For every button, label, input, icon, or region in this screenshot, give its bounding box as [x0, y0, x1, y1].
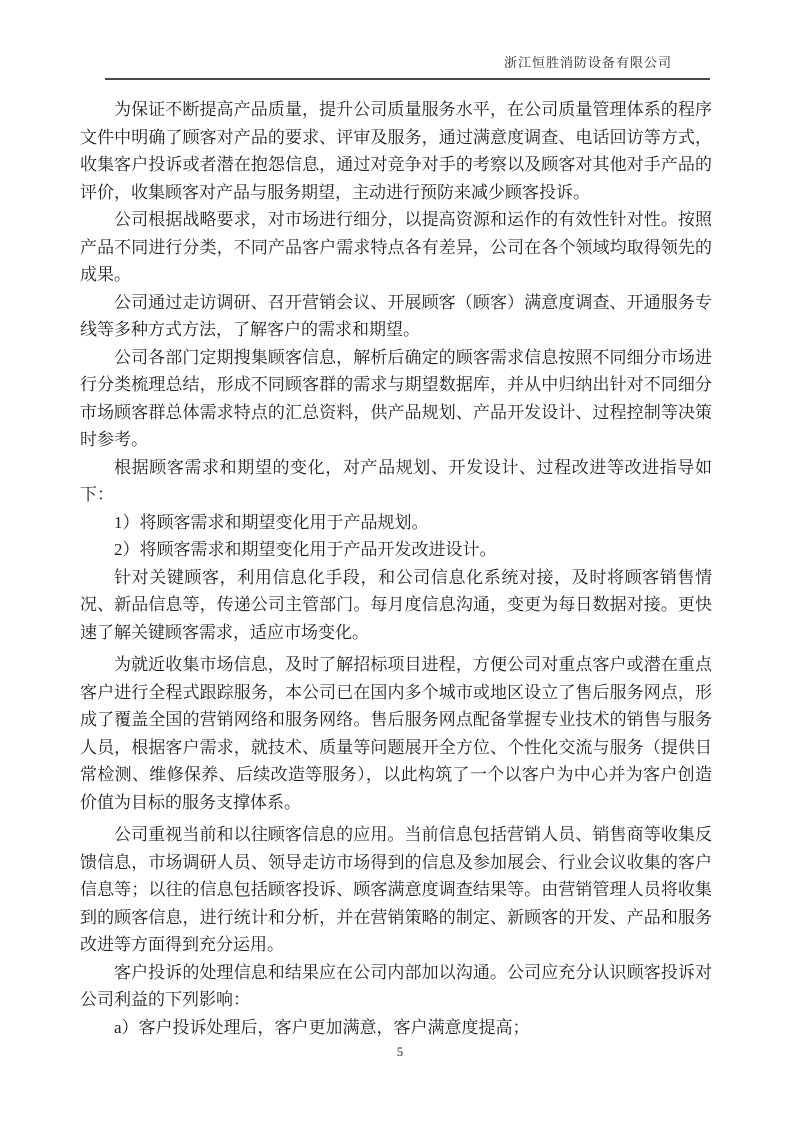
paragraph: 公司重视当前和以往顾客信息的应用。当前信息包括营销人员、销售商等收集反馈信息，市… — [80, 821, 712, 959]
paragraph: 公司通过走访调研、召开营销会议、开展顾客（顾客）满意度调查、开通服务专线等多种方… — [80, 289, 712, 344]
list-item: 1）将顾客需求和期望变化用于产品规划。 — [80, 509, 712, 537]
paragraph: 公司各部门定期搜集顾客信息，解析后确定的顾客需求信息按照不同细分市场进行分类梳理… — [80, 344, 712, 454]
document-page: 浙江恒胜消防设备有限公司 为保证不断提高产品质量，提升公司质量服务水平，在公司质… — [0, 0, 800, 1131]
paragraph: 客户投诉的处理信息和结果应在公司内部加以沟通。公司应充分认识顾客投诉对公司利益的… — [80, 959, 712, 1014]
paragraph: 为就近收集市场信息，及时了解招标项目进程，方便公司对重点客户或潜在重点客户进行全… — [80, 651, 712, 816]
paragraph: 公司根据战略要求，对市场进行细分，以提高资源和运作的有效性针对性。按照产品不同进… — [80, 206, 712, 289]
paragraph: 针对关键顾客，利用信息化手段，和公司信息化系统对接，及时将顾客销售情况、新品信息… — [80, 564, 712, 647]
paragraph: 为保证不断提高产品质量，提升公司质量服务水平，在公司质量管理体系的程序文件中明确… — [80, 96, 712, 206]
list-item: 2）将顾客需求和期望变化用于产品开发改进设计。 — [80, 536, 712, 564]
list-item: a）客户投诉处理后，客户更加满意，客户满意度提高； — [80, 1014, 712, 1042]
page-header: 浙江恒胜消防设备有限公司 — [105, 52, 710, 80]
paragraph: 根据顾客需求和期望的变化，对产品规划、开发设计、过程改进等改进指导如下： — [80, 454, 712, 509]
page-number: 5 — [397, 1044, 404, 1059]
page-footer: 5 — [0, 1044, 800, 1060]
document-body: 为保证不断提高产品质量，提升公司质量服务水平，在公司质量管理体系的程序文件中明确… — [80, 96, 712, 1041]
company-name: 浙江恒胜消防设备有限公司 — [504, 55, 672, 70]
